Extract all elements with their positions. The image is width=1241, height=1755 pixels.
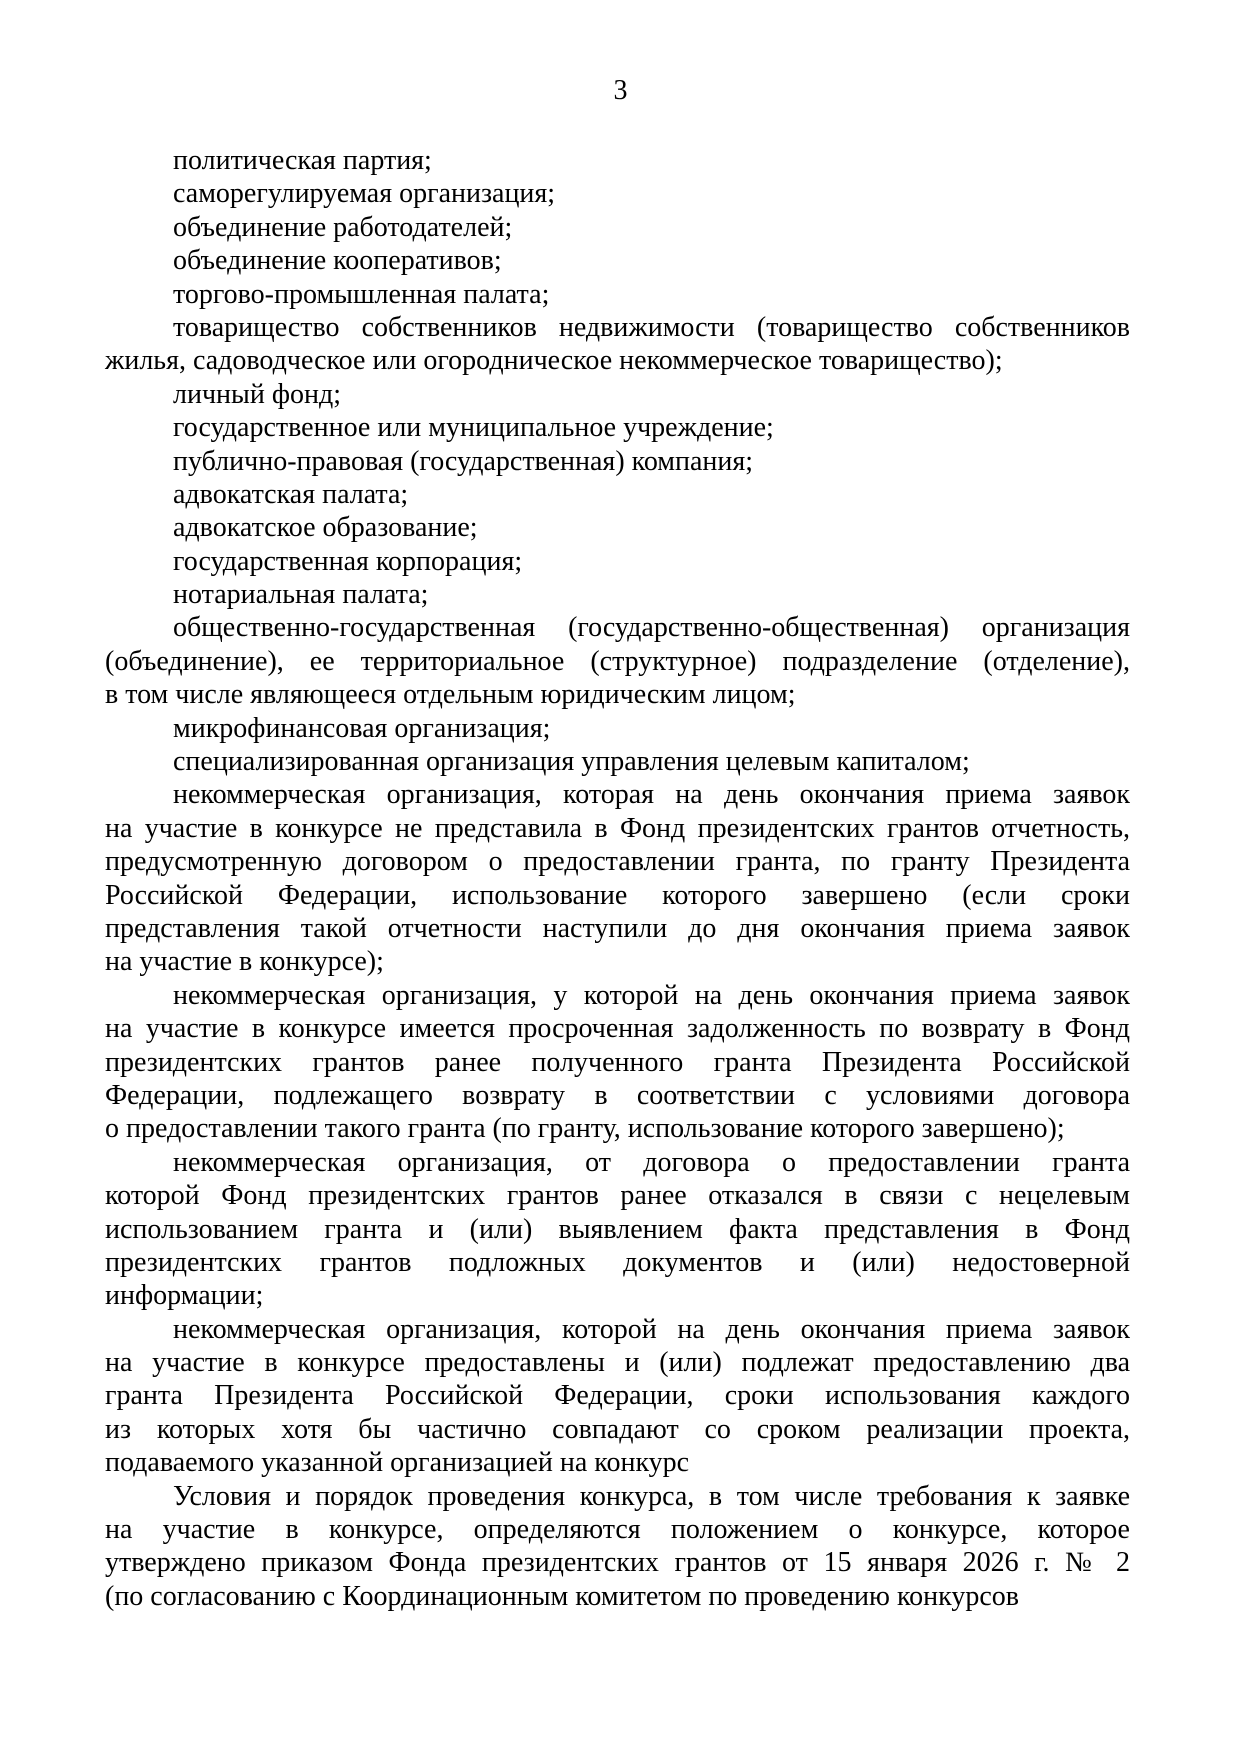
text-line: специализированная организация управлени… xyxy=(105,745,1130,778)
text-line: товарищество собственников недвижимости … xyxy=(105,311,1130,344)
paragraph: торгово-промышленная палата; xyxy=(105,278,1130,311)
paragraph: государственное или муниципальное учрежд… xyxy=(105,411,1130,444)
text-line: на участие в конкурсе имеется просроченн… xyxy=(105,1012,1130,1045)
text-line: государственное или муниципальное учрежд… xyxy=(105,411,1130,444)
paragraph: некоммерческая организация, которой на д… xyxy=(105,1313,1130,1480)
text-line: использованием гранта и (или) выявлением… xyxy=(105,1213,1130,1246)
paragraph: общественно-государственная (государстве… xyxy=(105,611,1130,711)
text-line: на участие в конкурсе не представила в Ф… xyxy=(105,812,1130,845)
text-line: (объединение), ее территориальное (струк… xyxy=(105,645,1130,678)
text-line: президентских грантов ранее полученного … xyxy=(105,1046,1130,1079)
paragraph: саморегулируемая организация; xyxy=(105,177,1130,210)
text-line: утверждено приказом Фонда президентских … xyxy=(105,1546,1130,1579)
text-line: личный фонд; xyxy=(105,378,1130,411)
text-line: саморегулируемая организация; xyxy=(105,177,1130,210)
text-line: в том числе являющееся отдельным юридиче… xyxy=(105,678,1130,711)
paragraph: личный фонд; xyxy=(105,378,1130,411)
paragraph: публично-правовая (государственная) комп… xyxy=(105,445,1130,478)
document-body: политическая партия;саморегулируемая орг… xyxy=(105,144,1130,1613)
paragraph: объединение кооперативов; xyxy=(105,244,1130,277)
text-line: объединение кооперативов; xyxy=(105,244,1130,277)
paragraph: некоммерческая организация, от договора … xyxy=(105,1146,1130,1313)
paragraph: микрофинансовая организация; xyxy=(105,712,1130,745)
text-line: жилья, садоводческое или огородническое … xyxy=(105,344,1130,377)
text-line: объединение работодателей; xyxy=(105,211,1130,244)
text-line: публично-правовая (государственная) комп… xyxy=(105,445,1130,478)
paragraph: адвокатское образование; xyxy=(105,511,1130,544)
text-line: о предоставлении такого гранта (по грант… xyxy=(105,1112,1130,1145)
text-line: из которых хотя бы частично совпадают со… xyxy=(105,1413,1130,1446)
text-line: государственная корпорация; xyxy=(105,545,1130,578)
paragraph: адвокатская палата; xyxy=(105,478,1130,511)
text-line: которой Фонд президентских грантов ранее… xyxy=(105,1179,1130,1212)
paragraph: государственная корпорация; xyxy=(105,545,1130,578)
text-line: адвокатское образование; xyxy=(105,511,1130,544)
text-line: (по согласованию с Координационным комит… xyxy=(105,1580,1130,1613)
text-line: информации; xyxy=(105,1279,1130,1312)
text-line: Федерации, подлежащего возврату в соотве… xyxy=(105,1079,1130,1112)
paragraph: товарищество собственников недвижимости … xyxy=(105,311,1130,378)
paragraph: специализированная организация управлени… xyxy=(105,745,1130,778)
text-line: некоммерческая организация, у которой на… xyxy=(105,979,1130,1012)
paragraph: Условия и порядок проведения конкурса, в… xyxy=(105,1480,1130,1614)
text-line: Условия и порядок проведения конкурса, в… xyxy=(105,1480,1130,1513)
text-line: на участие в конкурсе предоставлены и (и… xyxy=(105,1346,1130,1379)
paragraph: нотариальная палата; xyxy=(105,578,1130,611)
paragraph: некоммерческая организация, у которой на… xyxy=(105,979,1130,1146)
text-line: политическая партия; xyxy=(105,144,1130,177)
text-line: президентских грантов подложных документ… xyxy=(105,1246,1130,1279)
text-line: торгово-промышленная палата; xyxy=(105,278,1130,311)
page-number: 3 xyxy=(0,74,1241,107)
text-line: представления такой отчетности наступили… xyxy=(105,912,1130,945)
text-line: предусмотренную договором о предоставлен… xyxy=(105,845,1130,878)
text-line: подаваемого указанной организацией на ко… xyxy=(105,1446,1130,1479)
document-page: 3 политическая партия;саморегулируемая о… xyxy=(0,0,1241,1755)
paragraph: политическая партия; xyxy=(105,144,1130,177)
text-line: гранта Президента Российской Федерации, … xyxy=(105,1379,1130,1412)
text-line: Российской Федерации, использование кото… xyxy=(105,879,1130,912)
text-line: на участие в конкурсе, определяются поло… xyxy=(105,1513,1130,1546)
text-line: микрофинансовая организация; xyxy=(105,712,1130,745)
text-line: некоммерческая организация, которой на д… xyxy=(105,1313,1130,1346)
text-line: некоммерческая организация, которая на д… xyxy=(105,778,1130,811)
text-line: нотариальная палата; xyxy=(105,578,1130,611)
text-line: на участие в конкурсе); xyxy=(105,945,1130,978)
text-line: общественно-государственная (государстве… xyxy=(105,611,1130,644)
text-line: адвокатская палата; xyxy=(105,478,1130,511)
paragraph: объединение работодателей; xyxy=(105,211,1130,244)
paragraph: некоммерческая организация, которая на д… xyxy=(105,778,1130,978)
text-line: некоммерческая организация, от договора … xyxy=(105,1146,1130,1179)
